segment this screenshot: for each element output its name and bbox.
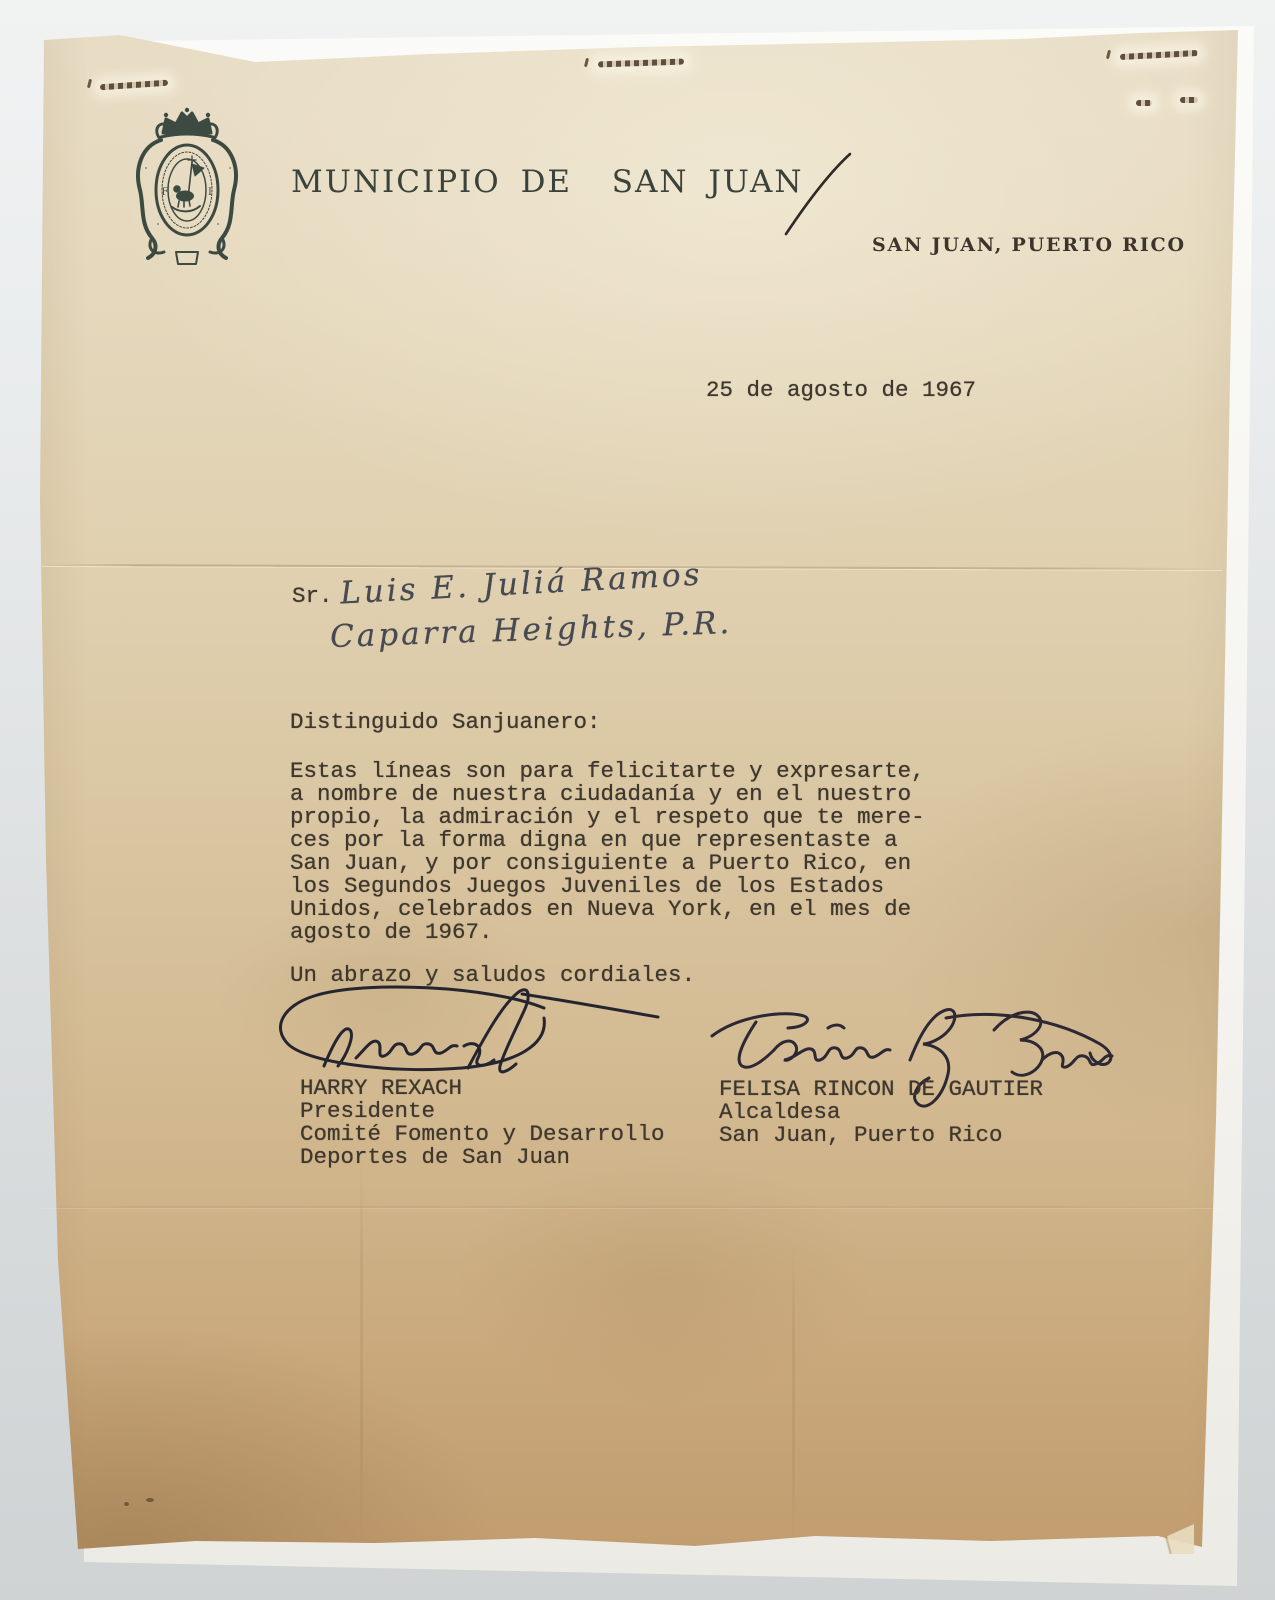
signer-left-org-line2: Deportes de San Juan <box>300 1146 570 1169</box>
signer-left-name: HARRY REXACH <box>300 1077 462 1100</box>
fold-crease-faint <box>42 1206 1222 1208</box>
letter-body: Estas líneas son para felicitarte y expr… <box>290 760 980 944</box>
speck-mark <box>146 1498 154 1502</box>
svg-text:I: I <box>208 187 212 198</box>
vertical-crease <box>360 1150 363 1550</box>
handwritten-slash-mark <box>778 150 860 240</box>
letter-date: 25 de agosto de 1967 <box>706 379 976 402</box>
scanned-letter-photo: F I MUNICIPIO DE SAN JUAN SAN JUAN, PUER… <box>0 0 1275 1600</box>
harry-rexach-signature <box>272 984 662 1089</box>
signer-left-title: Presidente <box>300 1100 435 1123</box>
speck-mark <box>124 1502 129 1506</box>
letterhead-org-name: MUNICIPIO DE SAN JUAN <box>291 164 803 200</box>
signer-right-location: San Juan, Puerto Rico <box>719 1124 1003 1147</box>
letterhead-location: SAN JUAN, PUERTO RICO <box>872 234 1186 256</box>
vertical-crease <box>792 1240 795 1550</box>
small-stain-mark <box>1180 97 1198 103</box>
signer-right-title: Alcaldesa <box>719 1101 841 1124</box>
signer-left-org-line1: Comité Fomento y Desarrollo <box>300 1123 665 1146</box>
svg-text:F: F <box>162 187 169 198</box>
recipient-prefix: Sr. <box>292 585 333 608</box>
salutation: Distinguido Sanjuanero: <box>290 711 601 734</box>
small-stain-mark <box>1136 100 1152 106</box>
municipal-seal-icon: F I <box>128 106 246 270</box>
signer-right-name: FELISA RINCON DE GAUTIER <box>719 1078 1043 1101</box>
